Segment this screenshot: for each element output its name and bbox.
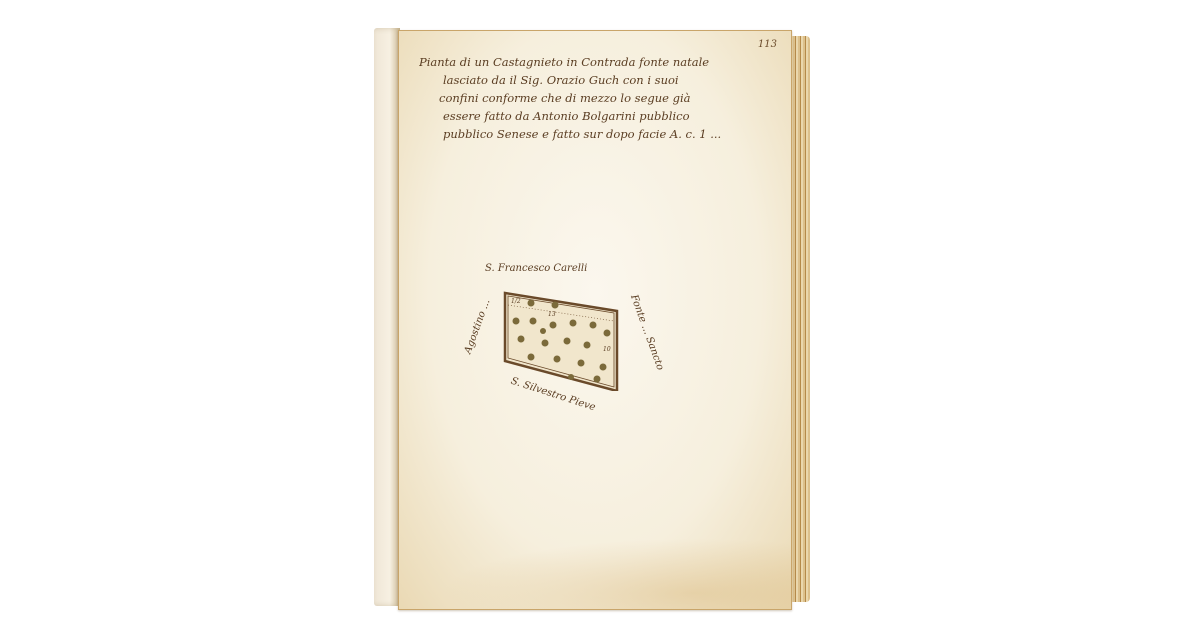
page-number: 113 (758, 39, 777, 50)
map-label-right: Fonte ... Sancto (628, 293, 666, 372)
text-line: Pianta di un Castagnieto in Contrada fon… (419, 53, 769, 71)
left-page-edge (374, 28, 400, 606)
land-plot-drawing: S. Francesco Carelli Agostino ... Fonte … (469, 261, 669, 441)
map-label-left: Agostino ... (463, 298, 493, 355)
map-label-top: S. Francesco Carelli (485, 263, 587, 274)
text-line: pubblico Senese e fatto sur dopo facie A… (419, 125, 769, 143)
plot-outline: 1/2 13 10 (503, 291, 621, 391)
text-line: lasciato da il Sig. Orazio Guch con i su… (419, 71, 769, 89)
svg-text:1/2: 1/2 (511, 298, 521, 305)
manuscript-book: 113 Pianta di un Castagnieto in Contrada… (372, 22, 820, 612)
svg-text:10: 10 (603, 346, 611, 353)
svg-text:13: 13 (548, 311, 556, 318)
handwritten-text: Pianta di un Castagnieto in Contrada fon… (419, 53, 769, 143)
text-line: essere fatto da Antonio Bolgarini pubbli… (419, 107, 769, 125)
manuscript-page: 113 Pianta di un Castagnieto in Contrada… (398, 30, 792, 610)
text-line: confini conforme che di mezzo lo segue g… (419, 89, 769, 107)
